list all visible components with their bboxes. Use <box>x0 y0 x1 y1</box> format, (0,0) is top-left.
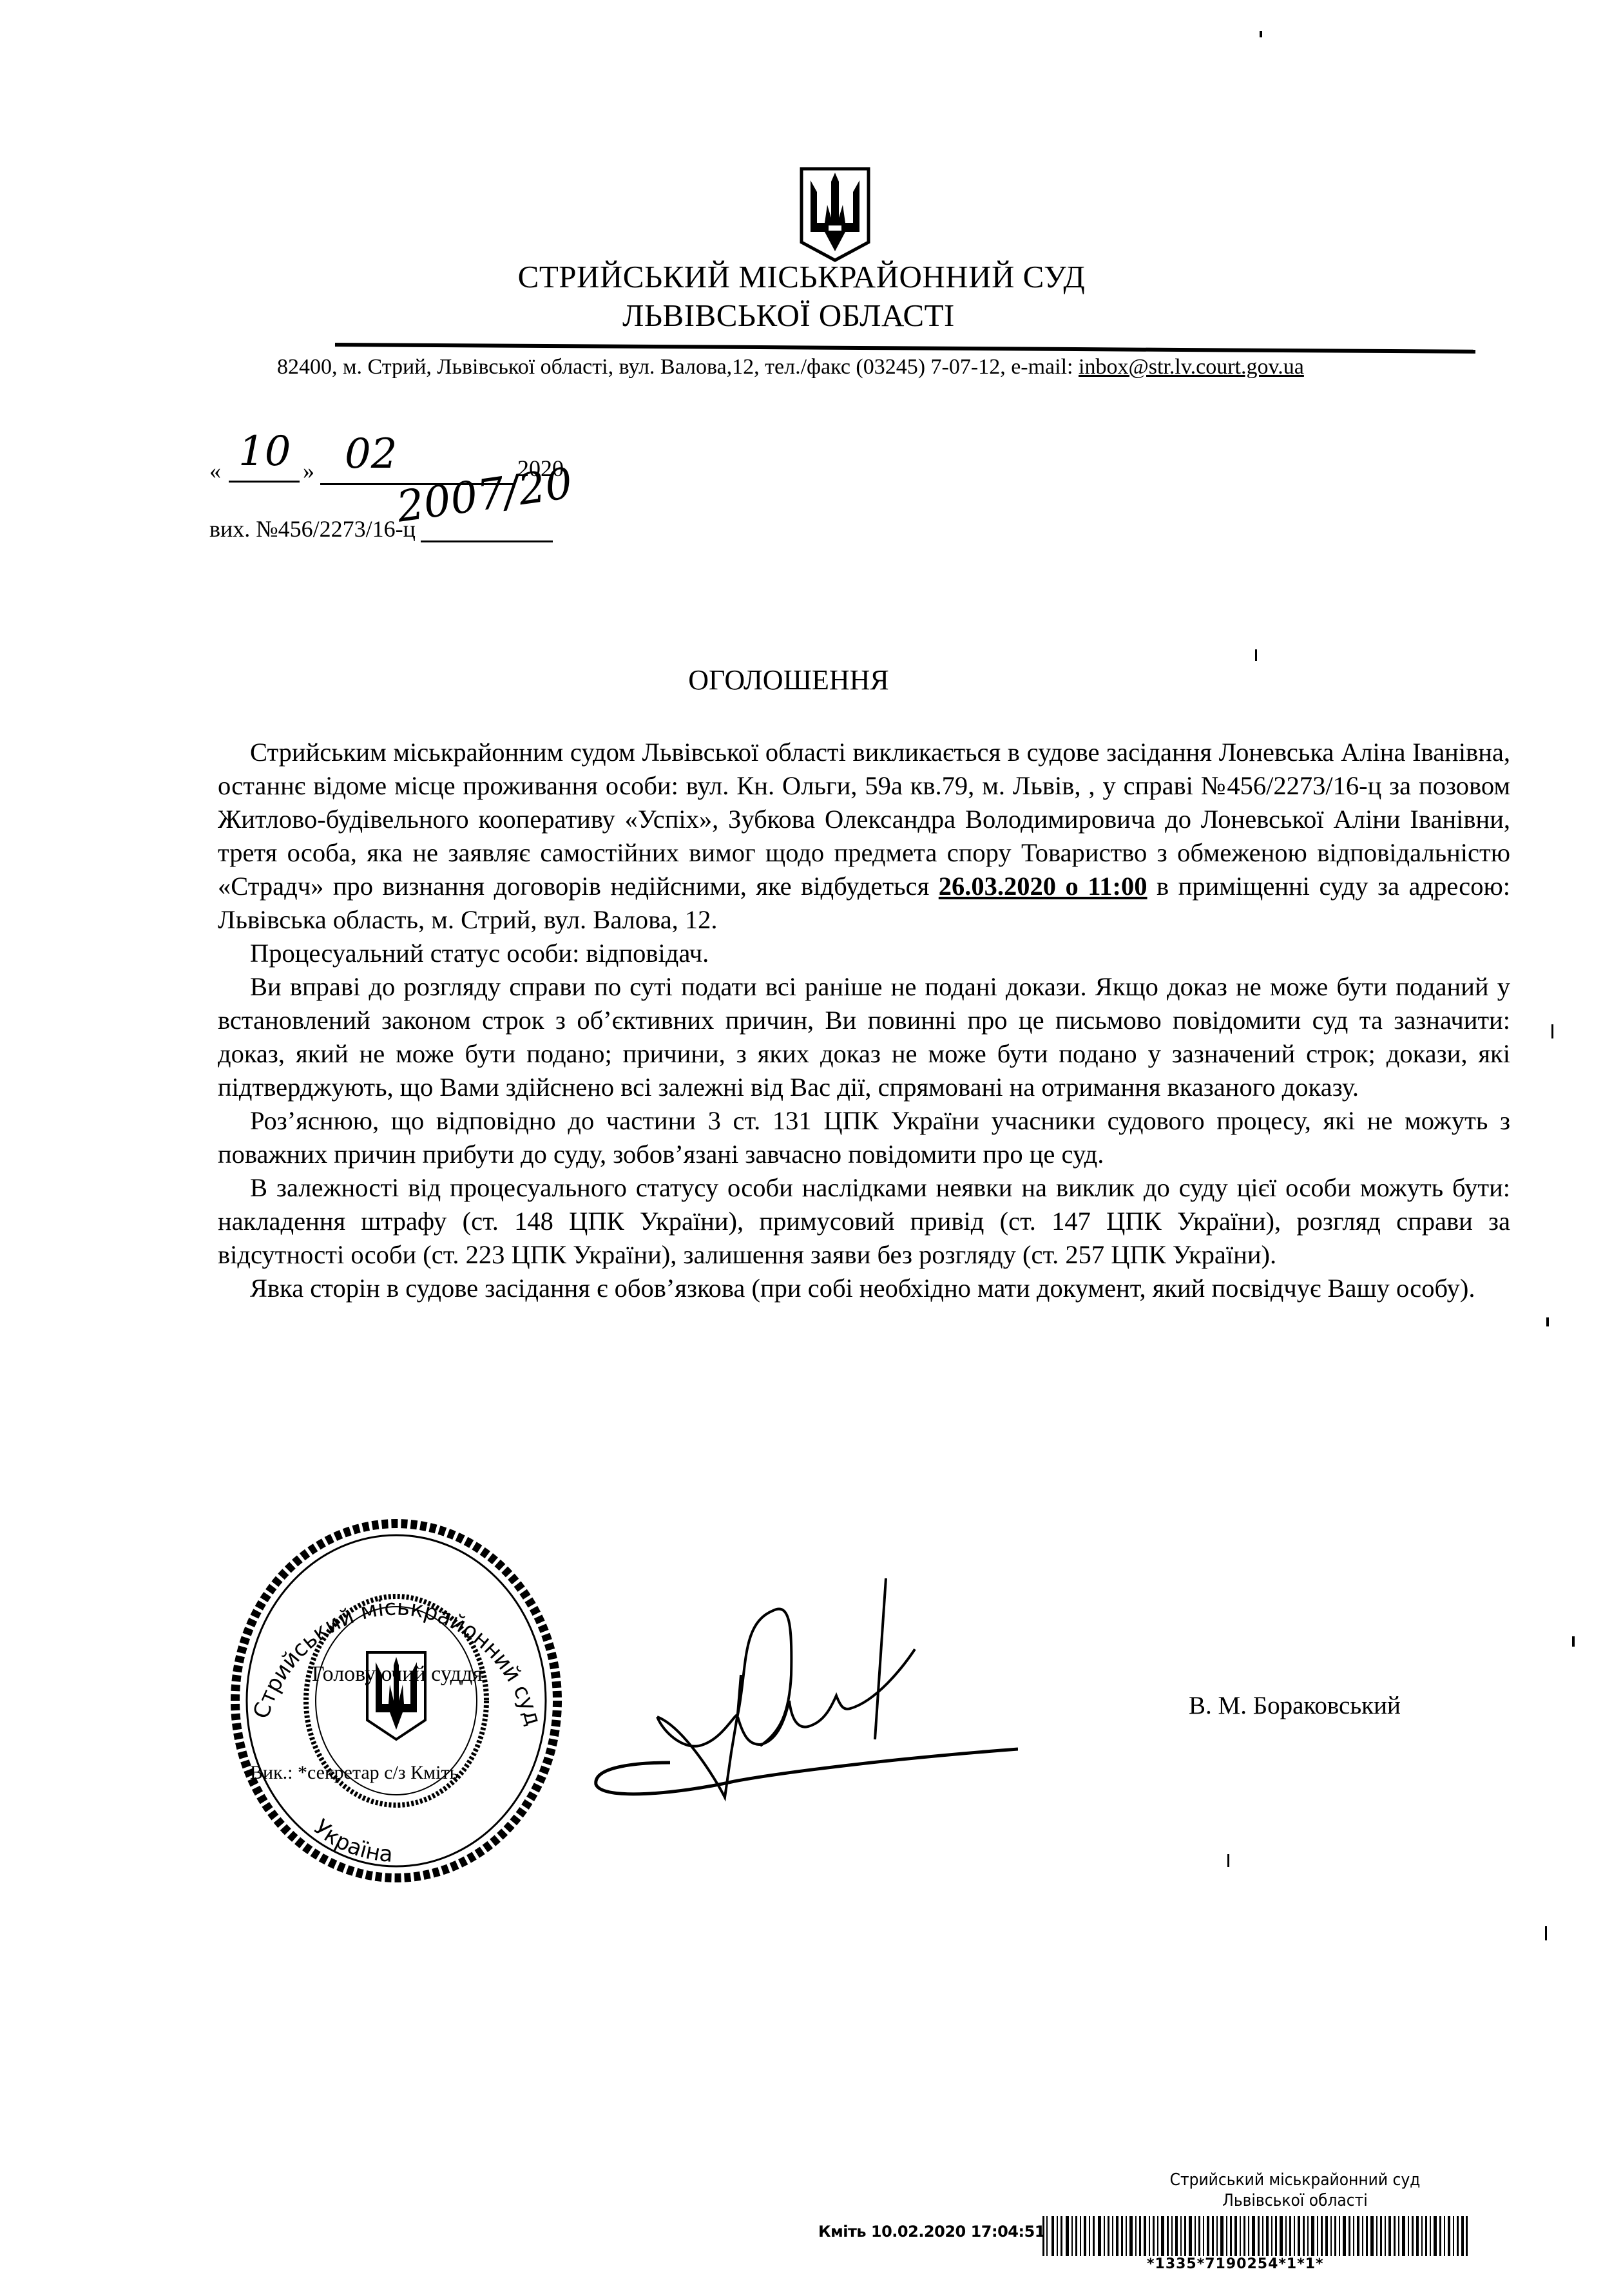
consequences-paragraph: В залежності від процесуального статусу … <box>218 1171 1510 1272</box>
registration-stamp: Стрийський міськрайонний суд Львівської … <box>818 2165 1527 2281</box>
barcode-icon <box>1042 2216 1468 2256</box>
scan-artifact <box>1255 649 1257 661</box>
court-address: 82400, м. Стрий, Львівської області, вул… <box>277 353 1304 381</box>
scan-artifact <box>1260 31 1262 37</box>
outgoing-number: вих. №456/2273/16-ц <box>209 515 553 542</box>
executor-label: Вик.: *секретар с/з Кміть <box>250 1762 458 1784</box>
scan-artifact <box>1227 1854 1229 1867</box>
handwritten-month: 02 <box>345 430 397 478</box>
scan-artifact <box>1572 1636 1575 1647</box>
presiding-judge-label: Головуючий суддя <box>312 1662 483 1687</box>
judge-signature <box>567 1572 1018 1817</box>
scan-artifact <box>1551 1024 1553 1038</box>
hearing-datetime: 26.03.2020 о 11:00 <box>939 872 1147 901</box>
court-name-line1: СТРИЙСЬКИЙ МІСЬКРАЙОННИЙ СУД <box>518 259 1086 294</box>
court-name: СТРИЙСЬКИЙ МІСЬКРАЙОННИЙ СУД ЛЬВІВСЬКОЇ … <box>0 258 1603 335</box>
notification-paragraph: Роз’яснюю, що відповідно до частини 3 ст… <box>218 1104 1510 1171</box>
procedural-status: Процесуальний статус особи: відповідач. <box>218 937 1510 970</box>
handwritten-day: 10 <box>238 428 291 475</box>
attendance-paragraph: Явка сторін в судове засідання є обов’яз… <box>218 1272 1510 1305</box>
registration-court: Стрийський міськрайонний суд Львівської … <box>1134 2170 1456 2211</box>
court-name-line2: ЛЬВІВСЬКОЇ ОБЛАСТІ <box>0 296 1603 335</box>
scan-artifact <box>1545 1926 1547 1940</box>
header-divider <box>335 343 1475 354</box>
document-title: ОГОЛОШЕННЯ <box>0 664 1590 696</box>
tryzub-emblem-icon <box>799 166 871 263</box>
announcement-body: Стрийським міськрайонним судом Львівсько… <box>218 736 1510 1305</box>
barcode-number: *1335*7190254*1*1* <box>1147 2256 1324 2272</box>
scan-artifact <box>1546 1317 1549 1326</box>
court-seal: Стрийський міськрайонний суд Львівської … <box>216 1507 577 1894</box>
judge-name: В. М. Бораковський <box>1189 1691 1401 1720</box>
evidence-paragraph: Ви вправі до розгляду справи по суті под… <box>218 970 1510 1104</box>
summons-paragraph: Стрийським міськрайонним судом Львівсько… <box>218 736 1510 937</box>
registration-clerk-datetime: Кміть 10.02.2020 17:04:51 <box>818 2223 1045 2241</box>
email-link[interactable]: inbox@str.lv.court.gov.ua <box>1079 355 1304 379</box>
